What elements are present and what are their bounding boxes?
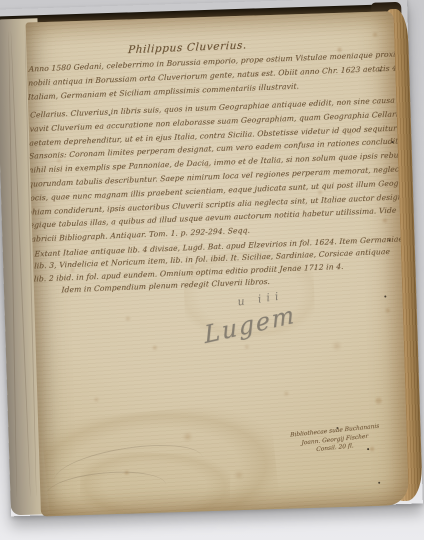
pencil-inscription-lugem: Lugem: [203, 301, 297, 348]
manuscript-book-photo: Philippus Cluverius. Anno 1580 Gedani, c…: [0, 0, 423, 516]
ownership-inscription: Bibliothecae suae Buchananis Joann. Geor…: [275, 421, 395, 459]
manuscript-page: Philippus Cluverius. Anno 1580 Gedani, c…: [26, 11, 409, 516]
paragraph-criticism: Cellarius. Cluverius in libris suis, quo…: [26, 91, 409, 247]
ink-specks: [26, 23, 28, 25]
